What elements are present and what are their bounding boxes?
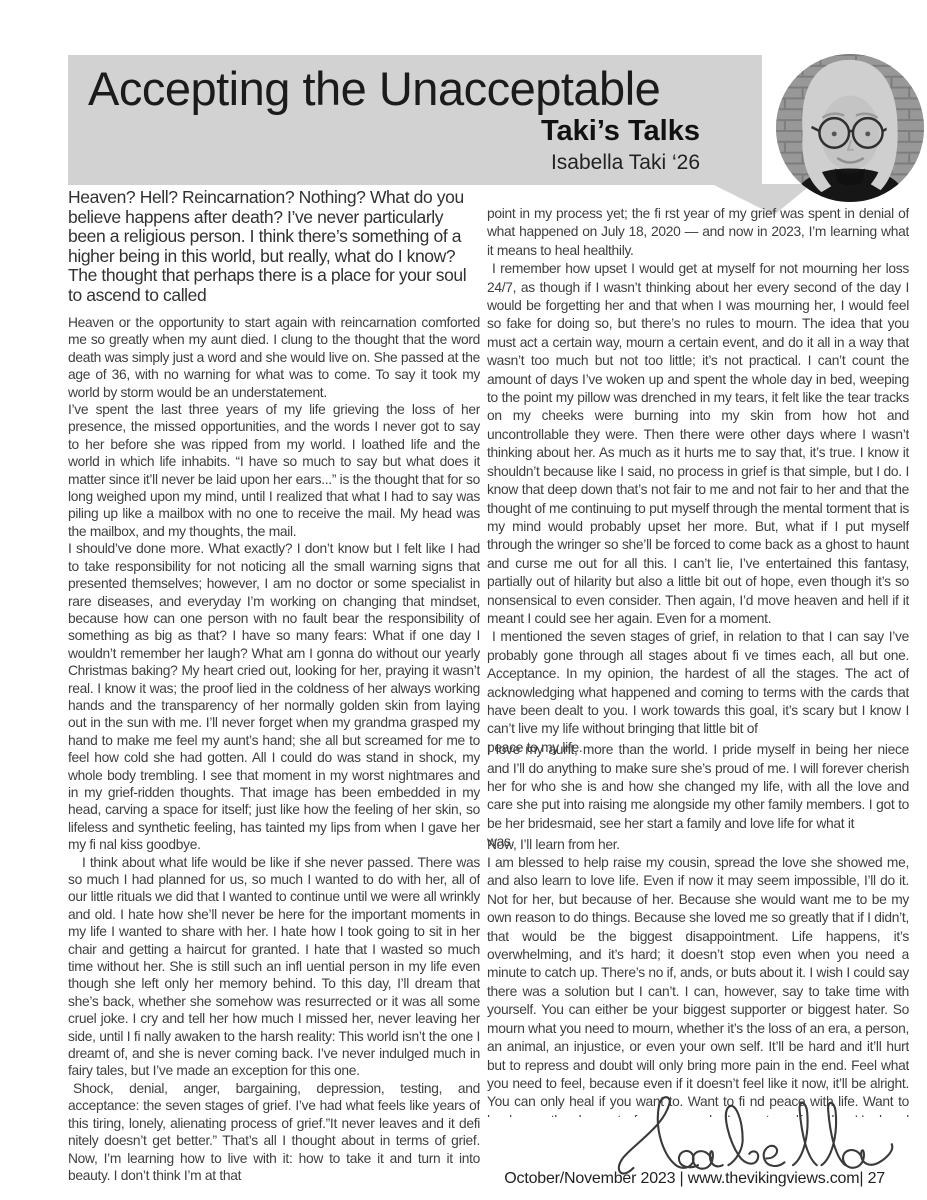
body-paragraph: I am blessed to help raise my cousin, sp… [487,854,909,1117]
body-paragraph: I should’ve done more. What exactly? I d… [68,540,480,853]
body-paragraph: I think about what life would be like if… [68,854,480,1080]
left-column: Heaven? Hell? Reincarnation? Nothing? Wh… [68,188,480,1188]
body-paragraph: I mentioned the seven stages of grief, i… [487,628,909,738]
intro-paragraph: Heaven? Hell? Reincarnation? Nothing? Wh… [68,188,480,305]
body-paragraph: Heaven or the opportunity to start again… [68,314,480,401]
body-paragraph: Shock, denial, anger, bargaining, depres… [68,1080,480,1184]
portrait-illustration [776,54,924,202]
signature-script: Isabella [610,1092,900,1187]
body-paragraph: point in my process yet; the fi rst year… [487,205,909,260]
closing-paragraph-text: I am blessed to help raise my cousin, sp… [487,855,909,1117]
column-kicker: Taki’s Talks [541,115,700,148]
page-title: Accepting the Unacceptable [88,61,660,116]
author-byline: Isabella Taki ‘26 [551,151,700,175]
author-photo [776,54,924,202]
masthead-banner: Accepting the Unacceptable Taki’s Talks … [68,55,762,185]
body-paragraph: Now, I’ll learn from her. [487,836,909,854]
right-column: point in my process yet; the fi rst year… [487,205,909,1117]
body-paragraph: I’ve spent the last three years of my li… [68,401,480,540]
body-paragraph: I remember how upset I would get at myse… [487,260,909,628]
magazine-page: Accepting the Unacceptable Taki’s Talks … [0,0,927,1200]
signature-drawing [610,1092,900,1187]
body-paragraph: I love my aunt, more than the world. I p… [487,741,909,833]
